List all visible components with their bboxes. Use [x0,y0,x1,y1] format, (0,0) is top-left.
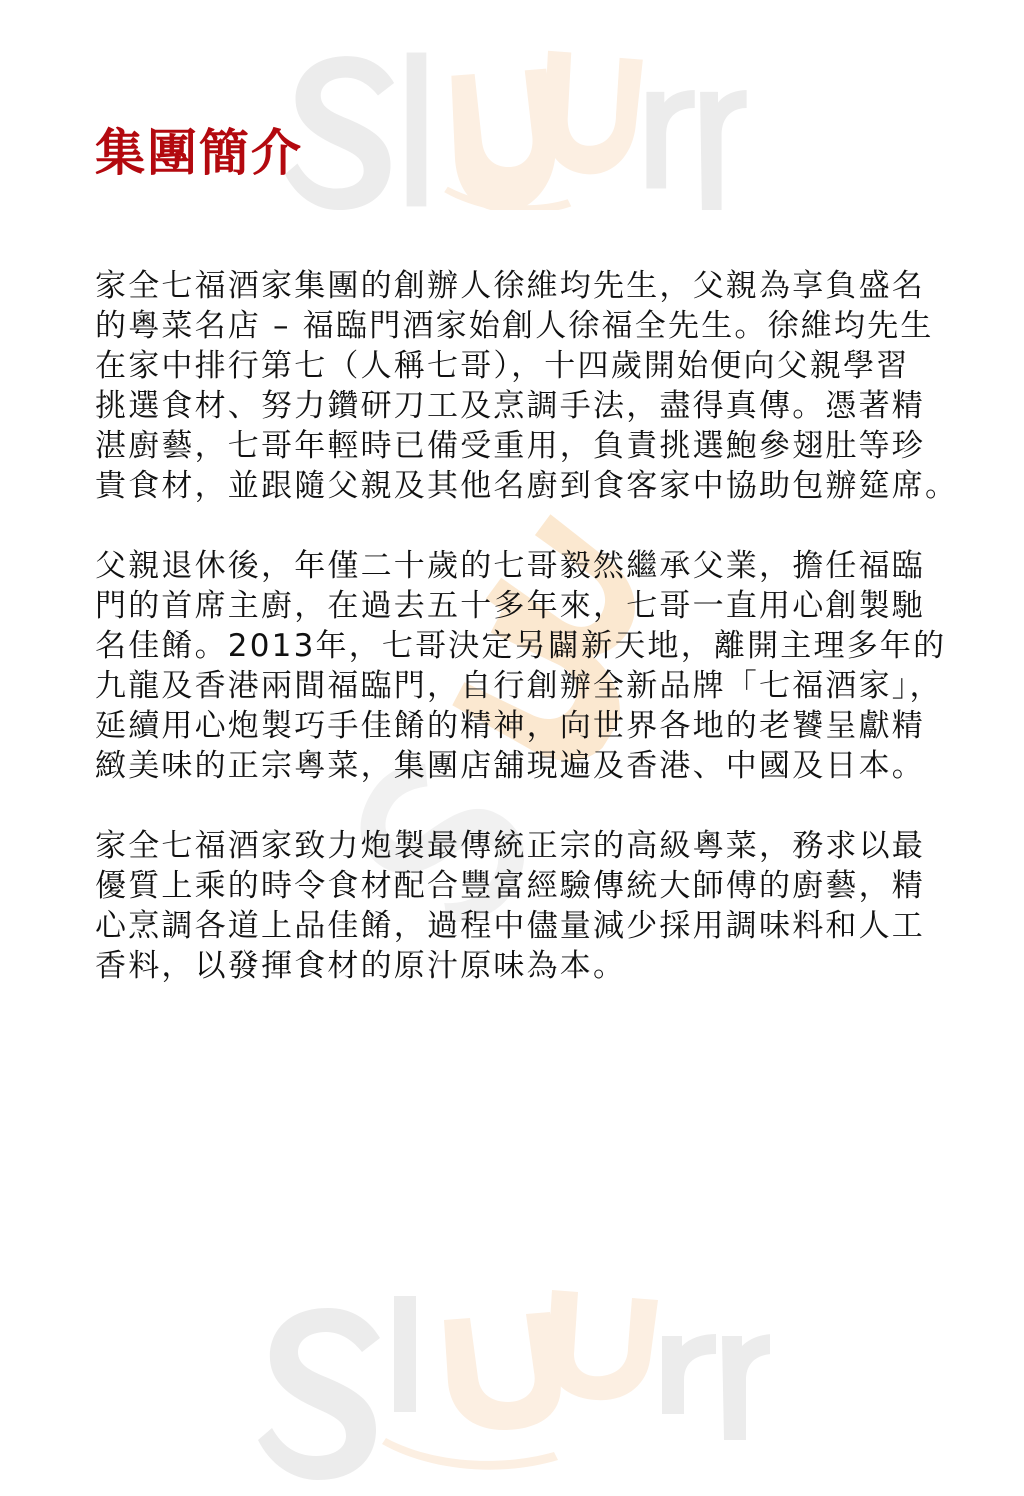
text-line: 湛廚藝，七哥年輕時已備受重用，負責挑選鮑參翅肚等珍 [95,426,965,466]
text-line: 優質上乘的時令食材配合豐富經驗傳統大師傅的廚藝，精 [95,866,965,906]
sluurpy-watermark-logo-bottom [258,1290,770,1480]
text-line: 心烹調各道上品佳餚，過程中儘量減少採用調味料和人工 [95,906,965,946]
text-line: 的粵菜名店 – 福臨門酒家始創人徐福全先生。徐維均先生 [95,306,965,346]
paragraph-cuisine-philosophy: 家全七福酒家致力炮製最傳統正宗的高級粵菜，務求以最 優質上乘的時令食材配合豐富經… [95,826,965,986]
sluurpy-watermark-logo [258,40,770,210]
text-line: 父親退休後，年僅二十歲的七哥毅然繼承父業，擔任福臨 [95,546,965,586]
text-line: 名佳餚。2013年，七哥決定另闢新天地，離開主理多年的 [95,626,965,666]
text-line: 門的首席主廚，在過去五十多年來，七哥一直用心創製馳 [95,586,965,626]
text-line: 挑選食材、努力鑽研刀工及烹調手法，盡得真傳。憑著精 [95,386,965,426]
text-line: 九龍及香港兩間福臨門，自行創辦全新品牌「七福酒家」， [95,666,965,706]
text-line: 家全七福酒家集團的創辦人徐維均先生，父親為享負盛名 [95,266,965,306]
text-line: 緻美味的正宗粵菜，集團店舖現遍及香港、中國及日本。 [95,746,965,786]
text-line: 延續用心炮製巧手佳餚的精神，向世界各地的老饕呈獻精 [95,706,965,746]
text-line: 香料，以發揮食材的原汁原味為本。 [95,946,965,986]
page-title: 集團簡介 [95,128,303,178]
text-line: 貴食材，並跟隨父親及其他名廚到食客家中協助包辦筵席。 [95,466,965,506]
text-line: 在家中排行第七（人稱七哥），十四歲開始便向父親學習 [95,346,965,386]
paragraph-brand-founding: 父親退休後，年僅二十歲的七哥毅然繼承父業，擔任福臨 門的首席主廚，在過去五十多年… [95,546,965,786]
paragraph-founder-history: 家全七福酒家集團的創辦人徐維均先生，父親為享負盛名 的粵菜名店 – 福臨門酒家始… [95,266,965,506]
profile-body: 家全七福酒家集團的創辦人徐維均先生，父親為享負盛名 的粵菜名店 – 福臨門酒家始… [95,266,965,1026]
text-line: 家全七福酒家致力炮製最傳統正宗的高級粵菜，務求以最 [95,826,965,866]
